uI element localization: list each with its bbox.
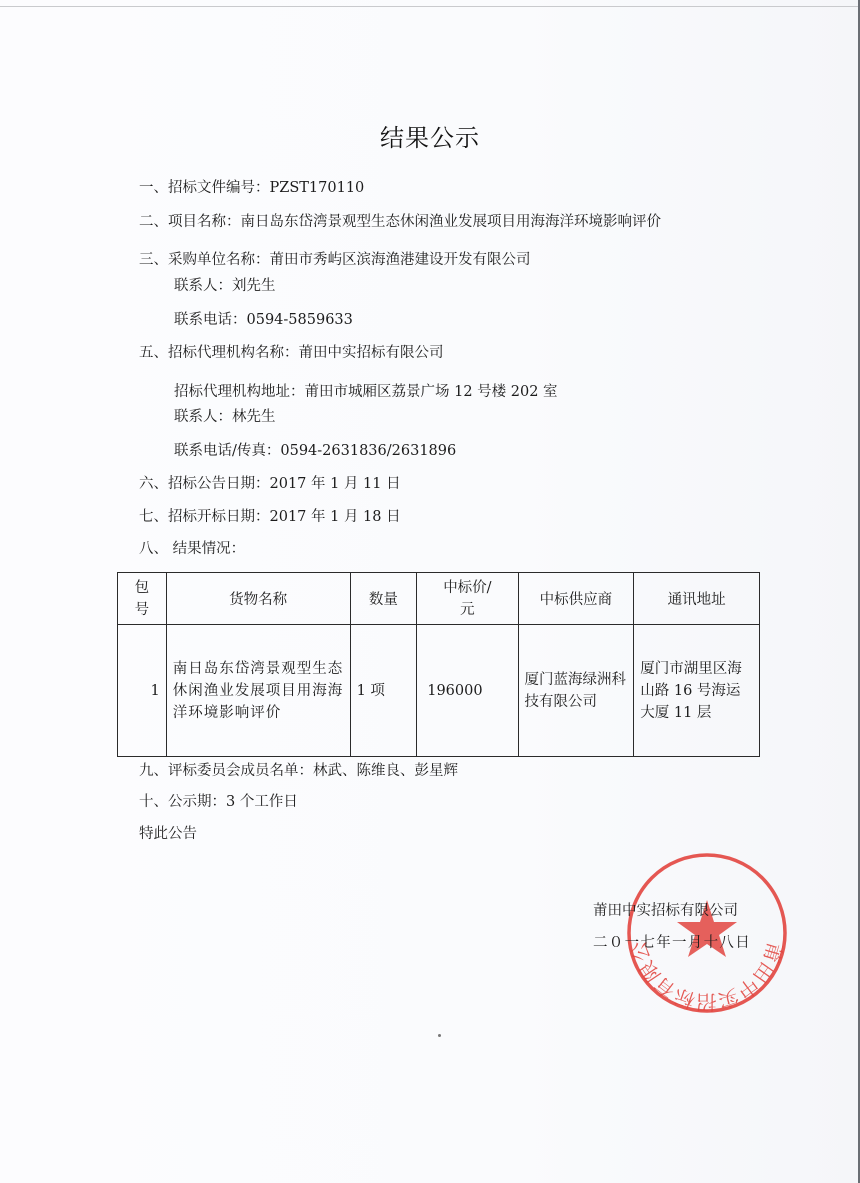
section-publicity-period: 十、公示期：3 个工作日 (139, 792, 298, 812)
closing-statement: 特此公告 (139, 824, 197, 844)
scan-edge-top (0, 6, 858, 7)
table-row: 1 南日岛东岱湾景观型生态休闲渔业发展项目用海海洋环境影响评价 1 项 1960… (118, 625, 760, 757)
header-price-line2: 元 (417, 599, 517, 621)
header-goods-name: 货物名称 (166, 573, 350, 625)
section-announcement-date: 六、招标公告日期：2017 年 1 月 11 日 (139, 474, 401, 494)
purchaser-contact: 联系人：刘先生 (174, 276, 276, 296)
cell-address: 厦门市湖里区海山路 16 号海运大厦 11 层 (634, 625, 760, 757)
scan-speck (438, 1034, 441, 1037)
purchaser-phone: 联系电话：0594-5859633 (174, 310, 353, 330)
header-supplier: 中标供应商 (518, 573, 634, 625)
page-title: 结果公示 (0, 118, 860, 153)
section-purchaser: 三、采购单位名称：莆田市秀屿区滨海渔港建设开发有限公司 (139, 250, 531, 270)
cell-package-no: 1 (118, 625, 167, 757)
section-opening-date: 七、招标开标日期：2017 年 1 月 18 日 (139, 507, 401, 527)
header-price: 中标价/ 元 (417, 573, 518, 625)
results-table: 包 号 货物名称 数量 中标价/ 元 中标供应商 通讯地址 1 南日岛东岱湾景观… (117, 572, 760, 757)
agency-address: 招标代理机构地址：莆田市城厢区荔景广场 12 号楼 202 室 (174, 382, 558, 402)
section-agency: 五、招标代理机构名称：莆田中实招标有限公司 (139, 343, 444, 363)
section-results-heading: 八、 结果情况： (139, 539, 245, 559)
section-project-name: 二、项目名称：南日岛东岱湾景观型生态休闲渔业发展项目用海海洋环境影响评价 (139, 212, 661, 232)
section-committee: 九、评标委员会成员名单：林武、陈维良、彭星辉 (139, 761, 458, 781)
signature-date: 二０一七年一月十八日 (593, 931, 751, 952)
cell-price: 196000 (417, 625, 518, 757)
agency-phone-fax: 联系电话/传真：0594-2631836/2631896 (174, 441, 456, 461)
header-package-line1: 包 (118, 577, 166, 599)
section-tender-number: 一、招标文件编号：PZST170110 (139, 178, 364, 198)
header-package-no: 包 号 (118, 573, 167, 625)
header-quantity: 数量 (350, 573, 417, 625)
signature-organization: 莆田中实招标有限公司 (593, 899, 738, 920)
cell-supplier: 厦门蓝海绿洲科技有限公司 (518, 625, 634, 757)
header-package-line2: 号 (118, 599, 166, 621)
cell-quantity: 1 项 (350, 625, 417, 757)
agency-contact: 联系人：林先生 (174, 407, 276, 427)
document-page: 结果公示 一、招标文件编号：PZST170110 二、项目名称：南日岛东岱湾景观… (0, 0, 860, 1183)
cell-goods-name: 南日岛东岱湾景观型生态休闲渔业发展项目用海海洋环境影响评价 (166, 625, 350, 757)
table-header-row: 包 号 货物名称 数量 中标价/ 元 中标供应商 通讯地址 (118, 573, 760, 625)
header-price-line1: 中标价/ (417, 577, 517, 599)
header-address: 通讯地址 (634, 573, 760, 625)
